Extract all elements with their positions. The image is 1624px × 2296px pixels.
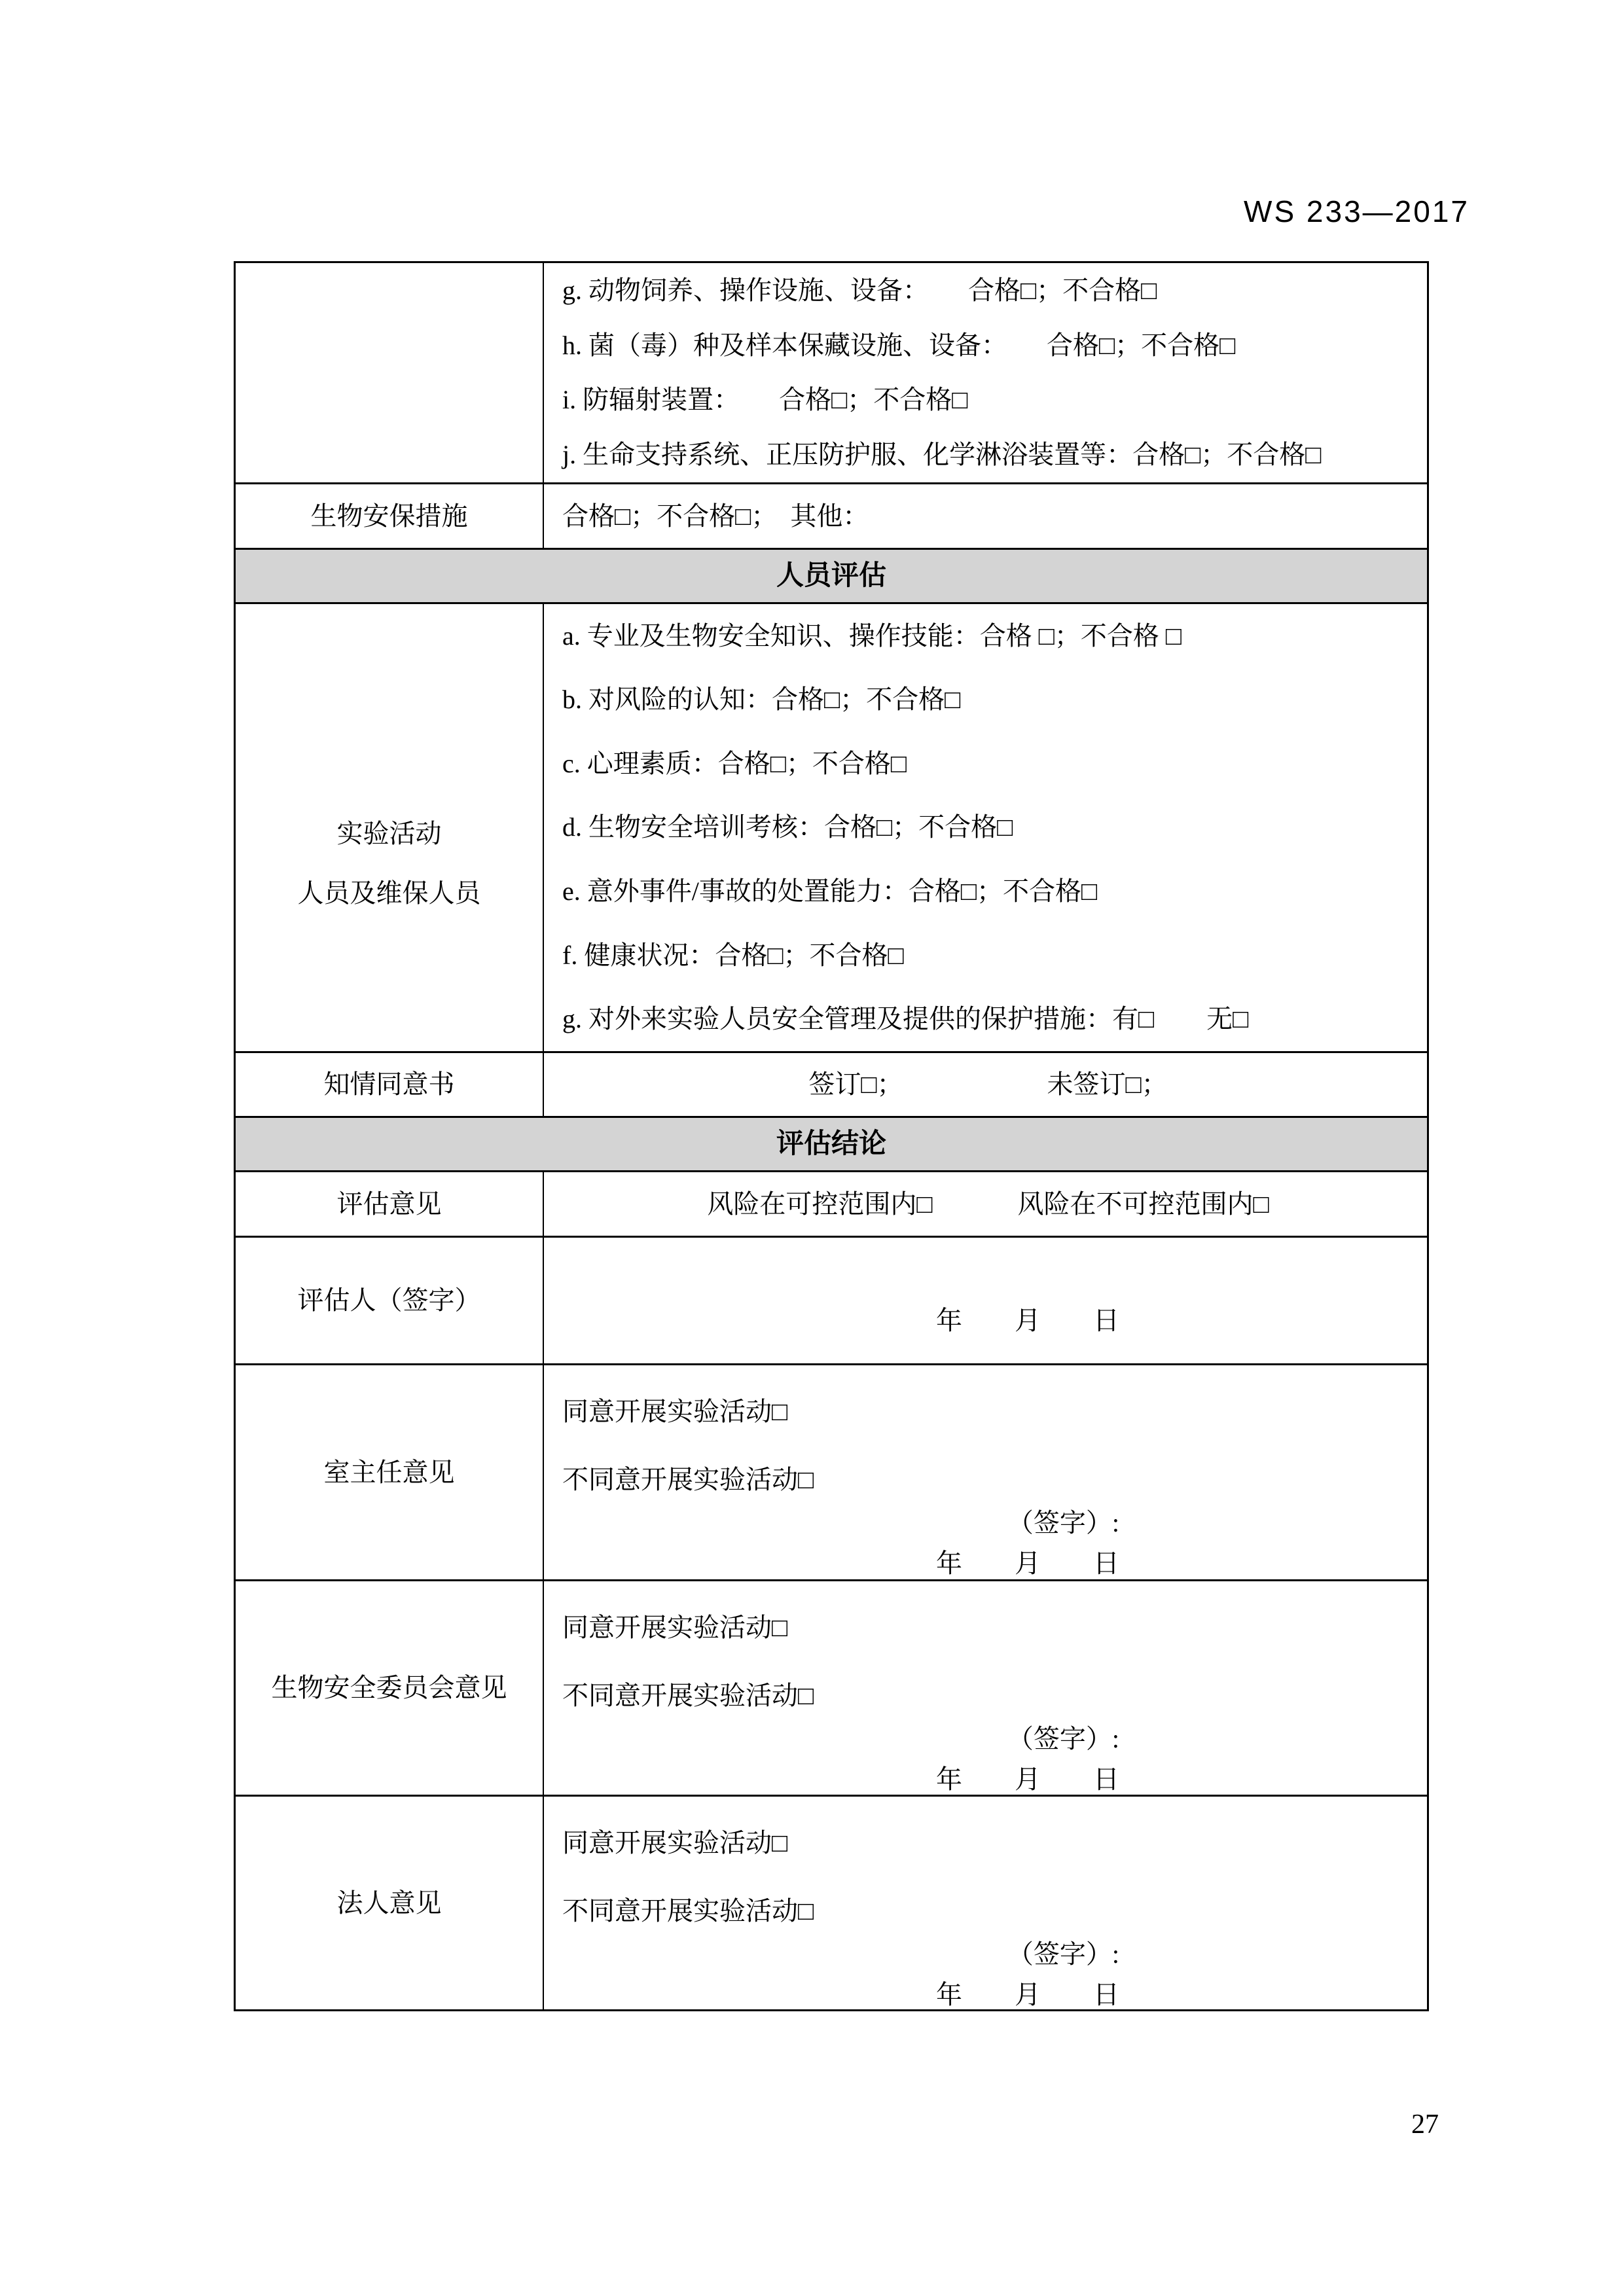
date-line: 年 月 日: [936, 1980, 1119, 2010]
checklist-item: f. 健康状况：合格□；不合格□: [562, 941, 1414, 971]
date-line: 年 月 日: [936, 1765, 1119, 1795]
row-label: 知情同意书: [236, 1053, 544, 1116]
risk-assessment-table: g. 动物饲养、操作设施、设备： 合格□；不合格□ h. 菌（毒）种及样本保藏设…: [234, 261, 1429, 2011]
checklist-item: g. 动物饲养、操作设施、设备： 合格□；不合格□: [562, 276, 1414, 306]
date-line: 年 月 日: [936, 1306, 1119, 1336]
standard-code: WS 233—2017: [1244, 194, 1470, 229]
checklist-item: h. 菌（毒）种及样本保藏设施、设备： 合格□；不合格□: [562, 331, 1414, 361]
table-row-director-opinion: 室主任意见 同意开展实验活动□ 不同意开展实验活动□ （签字）: 年 月 日: [236, 1365, 1427, 1581]
checklist-item: a. 专业及生物安全知识、操作技能：合格 □；不合格 □: [562, 621, 1414, 651]
consent-options: 签订□； 未签订□；: [544, 1053, 1427, 1116]
signature-label: （签字）:: [1007, 1508, 1119, 1538]
table-row-legal-opinion: 法人意见 同意开展实验活动□ 不同意开展实验活动□ （签字）: 年 月 日: [236, 1797, 1427, 2009]
checkbox-option: 同意开展实验活动□: [562, 1397, 1414, 1427]
personnel-checklist: a. 专业及生物安全知识、操作技能：合格 □；不合格 □ b. 对风险的认知：合…: [544, 604, 1427, 1051]
director-signoff-area: 同意开展实验活动□ 不同意开展实验活动□ （签字）: 年 月 日: [544, 1365, 1427, 1579]
table-row-assessor-signature: 评估人（签字） 年 月 日: [236, 1238, 1427, 1365]
date-line: 年 月 日: [936, 1549, 1119, 1579]
legal-signoff-area: 同意开展实验活动□ 不同意开展实验活动□ （签字）: 年 月 日: [544, 1797, 1427, 2009]
assessor-signature-area: 年 月 日: [544, 1238, 1427, 1363]
checklist-item: j. 生命支持系统、正压防护服、化学淋浴装置等：合格□；不合格□: [562, 440, 1414, 470]
row-label: 法人意见: [236, 1797, 544, 2009]
checklist-item: c. 心理素质：合格□；不合格□: [562, 749, 1414, 779]
checkbox-option: 同意开展实验活动□: [562, 1828, 1414, 1858]
checkbox-option: 签订□；: [808, 1069, 903, 1100]
checkbox-option: 不同意开展实验活动□: [562, 1896, 1414, 1926]
checklist-item: e. 意外事件/事故的处置能力：合格□；不合格□: [562, 876, 1414, 906]
section-title: 人员评估: [776, 560, 886, 592]
checklist-item: 合格□；不合格□； 其他：: [562, 501, 1414, 531]
row-label: 室主任意见: [236, 1365, 544, 1579]
committee-signoff-area: 同意开展实验活动□ 不同意开展实验活动□ （签字）: 年 月 日: [544, 1581, 1427, 1795]
row-label: 生物安保措施: [236, 484, 544, 548]
table-row-facility-continuation: g. 动物饲养、操作设施、设备： 合格□；不合格□ h. 菌（毒）种及样本保藏设…: [236, 263, 1427, 484]
row-label: 实验活动 人员及维保人员: [236, 604, 544, 1051]
checklist-item: b. 对风险的认知：合格□；不合格□: [562, 685, 1414, 715]
checkbox-option: 不同意开展实验活动□: [562, 1465, 1414, 1495]
table-row-opinion: 评估意见 风险在可控范围内□ 风险在不可控范围内□: [236, 1172, 1427, 1238]
signature-label: （签字）:: [1007, 1724, 1119, 1754]
section-header-personnel: 人员评估: [236, 550, 1427, 604]
checkbox-option: 风险在不可控范围内□: [1018, 1189, 1269, 1219]
table-row-consent: 知情同意书 签订□； 未签订□；: [236, 1053, 1427, 1118]
row-label: 生物安全委员会意见: [236, 1581, 544, 1795]
signature-label: （签字）:: [1007, 1939, 1119, 1969]
row-label: 评估意见: [236, 1172, 544, 1236]
checkbox-option: 同意开展实验活动□: [562, 1613, 1414, 1643]
row-label-empty: [236, 263, 544, 482]
row-label-line: 实验活动: [337, 819, 442, 849]
table-row-biosecurity: 生物安保措施 合格□；不合格□； 其他：: [236, 484, 1427, 550]
table-row-personnel: 实验活动 人员及维保人员 a. 专业及生物安全知识、操作技能：合格 □；不合格 …: [236, 604, 1427, 1053]
row-label-line: 人员及维保人员: [298, 878, 481, 908]
checklist-item: g. 对外来实验人员安全管理及提供的保护措施：有□ 无□: [562, 1004, 1414, 1034]
section-header-conclusion: 评估结论: [236, 1118, 1427, 1172]
section-title: 评估结论: [776, 1128, 886, 1160]
checklist-item: i. 防辐射装置： 合格□；不合格□: [562, 385, 1414, 415]
opinion-options: 风险在可控范围内□ 风险在不可控范围内□: [544, 1172, 1427, 1236]
checkbox-option: 不同意开展实验活动□: [562, 1681, 1414, 1711]
checkbox-option: 未签订□；: [1047, 1069, 1168, 1100]
row-label: 评估人（签字）: [236, 1238, 544, 1363]
biosecurity-options: 合格□；不合格□； 其他：: [544, 484, 1427, 548]
page-number: 27: [1411, 2109, 1439, 2140]
checklist-item: d. 生物安全培训考核：合格□；不合格□: [562, 812, 1414, 842]
document-page: WS 233—2017 g. 动物饲养、操作设施、设备： 合格□；不合格□ h.…: [0, 0, 1624, 2296]
table-row-committee-opinion: 生物安全委员会意见 同意开展实验活动□ 不同意开展实验活动□ （签字）: 年 月…: [236, 1581, 1427, 1797]
checkbox-option: 风险在可控范围内□: [707, 1189, 932, 1219]
facility-checklist: g. 动物饲养、操作设施、设备： 合格□；不合格□ h. 菌（毒）种及样本保藏设…: [544, 263, 1427, 482]
